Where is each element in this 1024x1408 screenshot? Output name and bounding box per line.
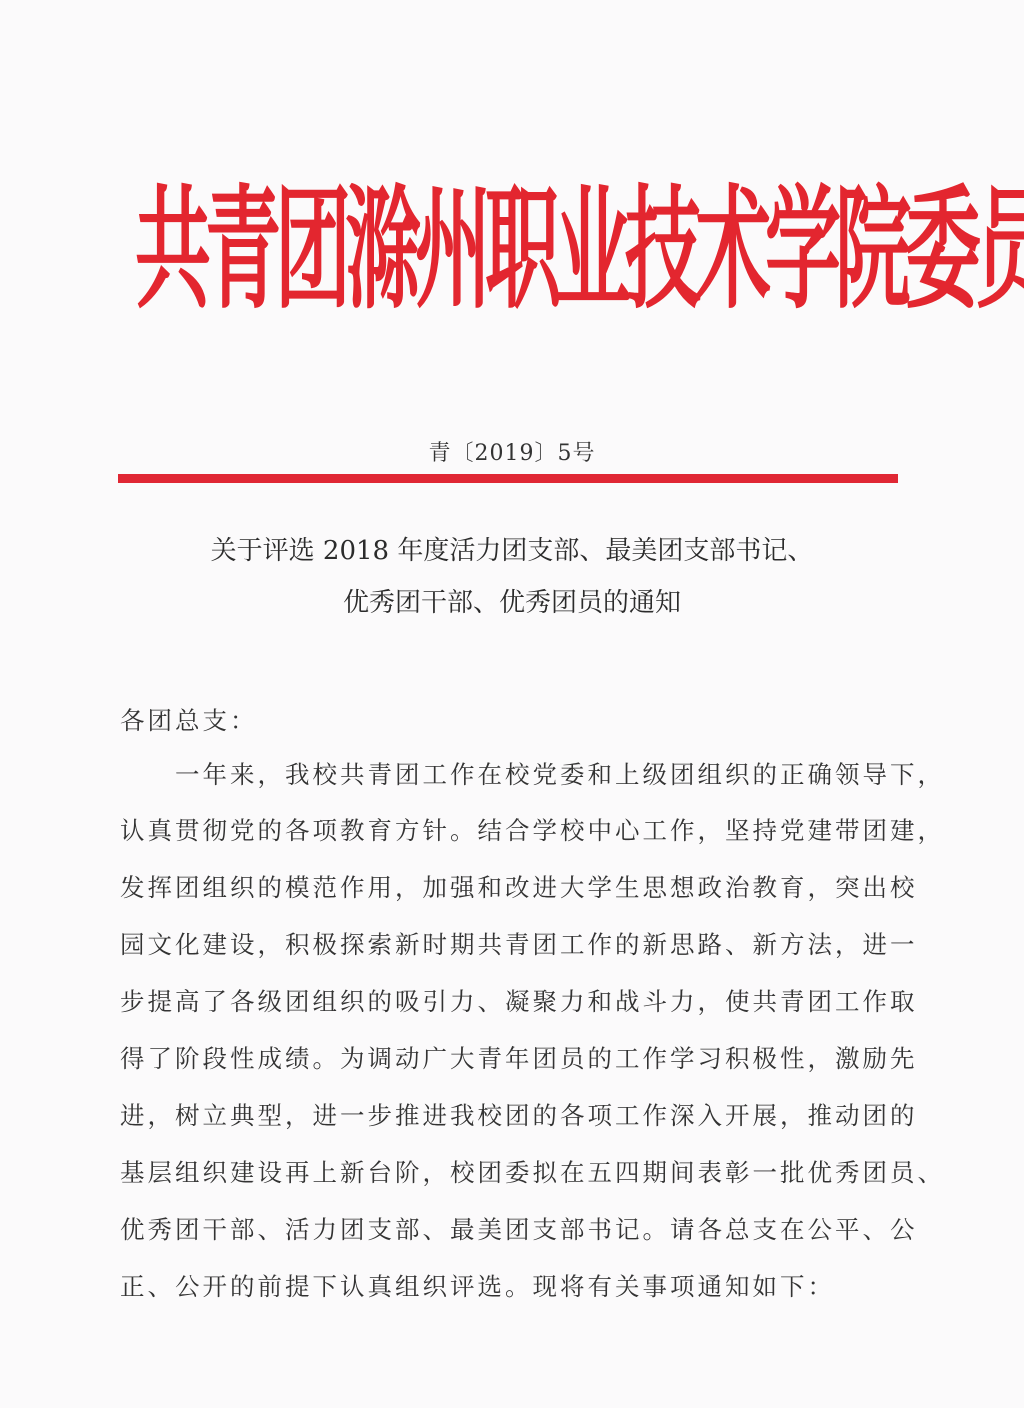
document-number: 青〔2019〕5号 [0, 436, 1024, 467]
notice-title-line-2: 优秀团干部、优秀团员的通知 [0, 588, 1024, 618]
body-line: 园文化建设，积极探索新时期共青团工作的新思路、新方法，进一 [120, 926, 910, 961]
notice-title-line-1: 关于评选 2018 年度活力团支部、最美团支部书记、 [0, 536, 1024, 566]
body-line: 发挥团组织的模范作用，加强和改进大学生思想政治教育，突出校 [120, 869, 910, 904]
red-divider-line [118, 474, 898, 483]
body-line: 一年来，我校共青团工作在校党委和上级团组织的正确领导下， [120, 756, 910, 791]
body-line: 正、公开的前提下认真组织评选。现将有关事项通知如下： [120, 1268, 910, 1303]
issuing-authority-header: 共青团滁州职业技术学院委员会文件 [135, 93, 885, 408]
body-line: 步提高了各级团组织的吸引力、凝聚力和战斗力，使共青团工作取 [120, 983, 910, 1018]
salutation: 各团总支： [120, 702, 910, 737]
body-line: 优秀团干部、活力团支部、最美团支部书记。请各总支在公平、公 [120, 1211, 910, 1246]
body-line: 基层组织建设再上新台阶，校团委拟在五四期间表彰一批优秀团员、 [120, 1154, 910, 1189]
body-line: 认真贯彻党的各项教育方针。结合学校中心工作，坚持党建带团建， [120, 812, 910, 847]
body-line: 得了阶段性成绩。为调动广大青年团员的工作学习积极性，激励先 [120, 1040, 910, 1075]
body-line: 进，树立典型，进一步推进我校团的各项工作深入开展，推动团的 [120, 1097, 910, 1132]
document-page: 共青团滁州职业技术学院委员会文件 青〔2019〕5号 关于评选 2018 年度活… [0, 0, 1024, 1408]
